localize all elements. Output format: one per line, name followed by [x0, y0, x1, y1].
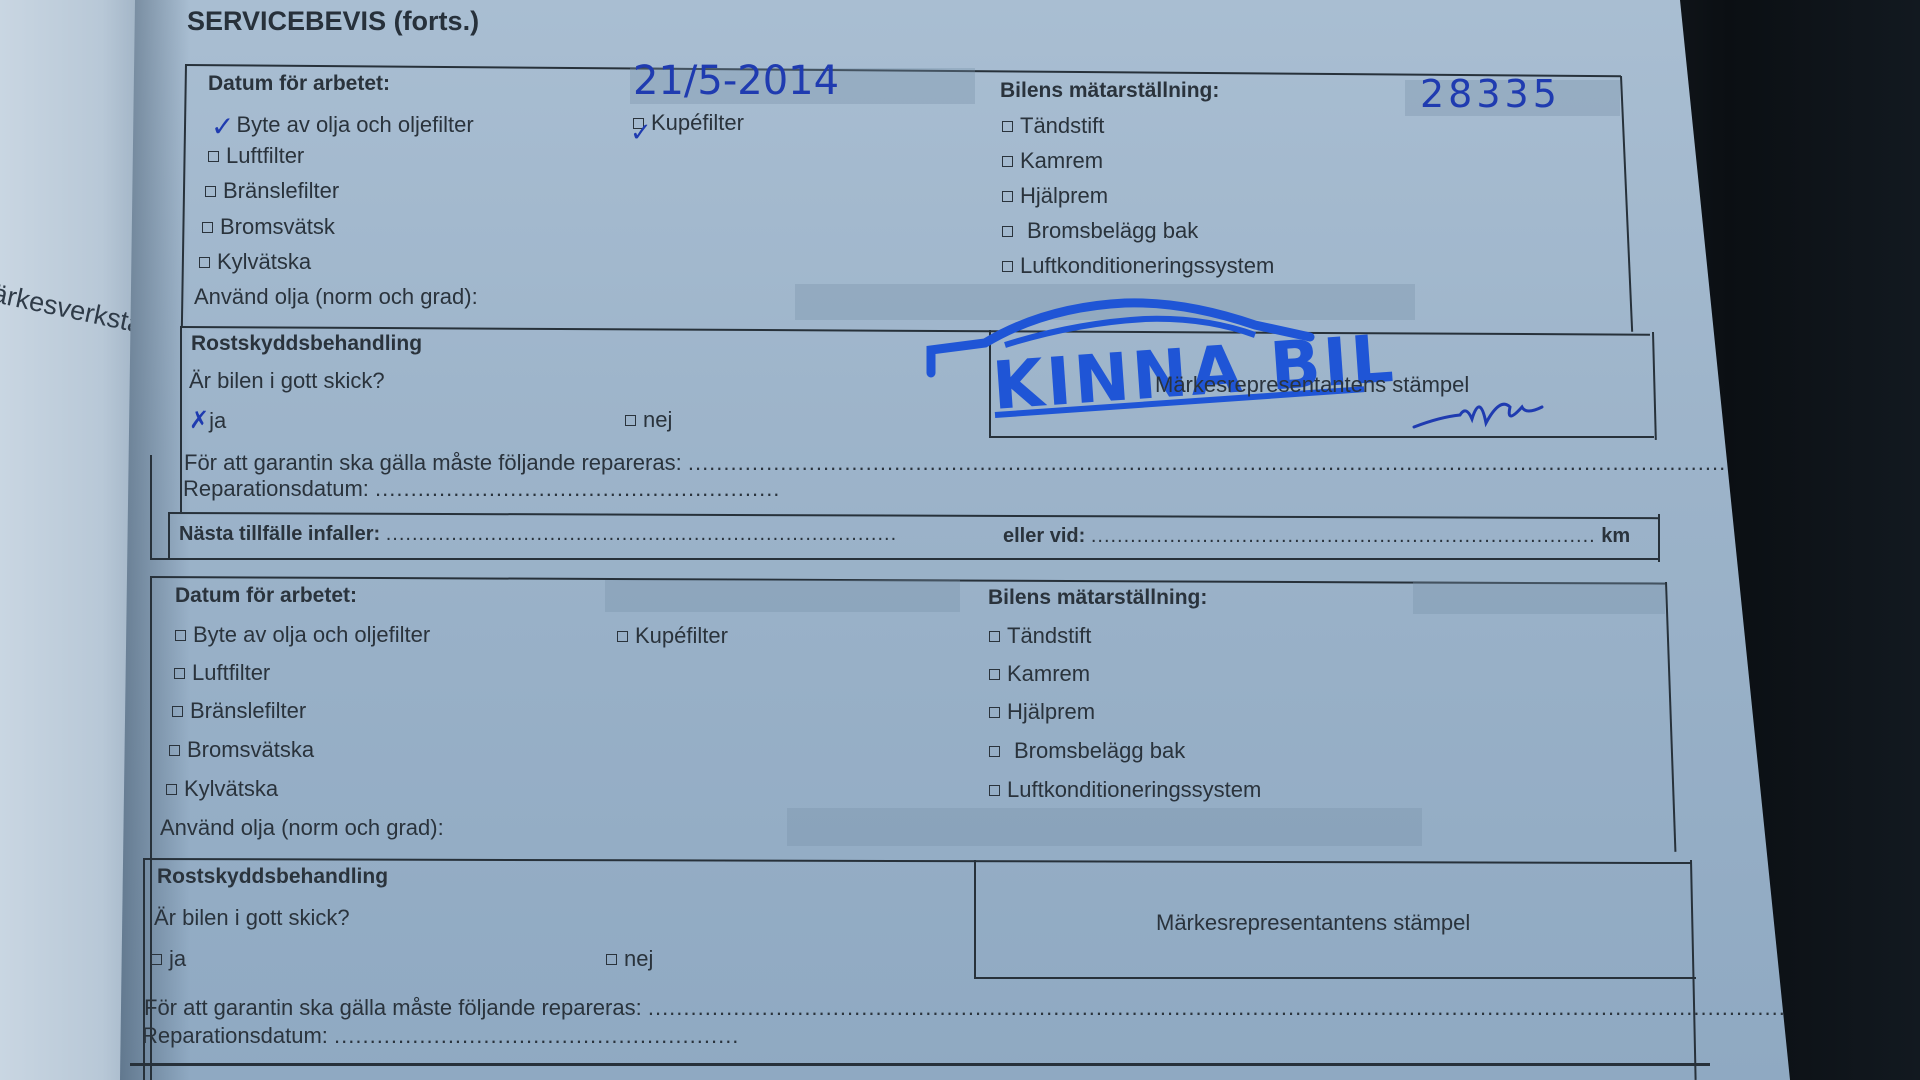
rust-question: Är bilen i gott skick? — [154, 905, 350, 931]
checklist-item[interactable]: ✓Byte av olja och oljefilter — [211, 106, 474, 139]
signature — [1410, 385, 1550, 435]
oil-label: Använd olja (norm och grad): — [194, 284, 478, 310]
checklist-item[interactable]: Kupéfilter — [617, 623, 728, 649]
rust-no-option[interactable]: nej — [625, 407, 672, 433]
checkbox[interactable] — [174, 668, 185, 679]
odometer-label: Bilens mätarställning: — [988, 586, 1207, 610]
checkbox[interactable] — [202, 222, 213, 233]
rust-yes-option[interactable]: ja — [151, 946, 186, 972]
next-service-label: Nästa tillfälle infaller: ..............… — [179, 523, 897, 546]
checklist-item[interactable]: Bromsvätska — [169, 737, 314, 763]
service-record-page: SERVICEBEVIS (forts.) Datum för arbetet:… — [0, 0, 1920, 1080]
checklist-item[interactable]: Tändstift — [1002, 113, 1104, 139]
checkbox[interactable] — [166, 784, 177, 795]
checkbox[interactable] — [989, 746, 1000, 757]
checkbox[interactable] — [625, 415, 636, 426]
checklist-item[interactable]: Bromsbelägg bak — [989, 738, 1185, 764]
next-service-km-label: eller vid: .............................… — [1003, 525, 1630, 548]
date-value-handwritten: 21/5-2014 — [633, 58, 839, 104]
checklist-item[interactable]: Luftkonditioneringssystem — [989, 777, 1261, 803]
checklist-item[interactable]: Luftfilter — [174, 660, 270, 686]
page-title: SERVICEBEVIS (forts.) — [187, 6, 479, 37]
checklist-item[interactable]: Hjälprem — [989, 699, 1095, 725]
checkbox[interactable] — [1002, 121, 1013, 132]
checkbox[interactable] — [989, 669, 1000, 680]
odometer-label: Bilens mätarställning: — [1000, 79, 1219, 103]
checklist-item[interactable]: Bromsbelägg bak — [1002, 218, 1198, 244]
checkmark-icon: ✓ — [211, 110, 234, 143]
checkbox[interactable] — [989, 707, 1000, 718]
rust-title: Rostskyddsbehandling — [157, 865, 388, 889]
warranty-label: För att garantin ska gälla måste följand… — [144, 995, 1786, 1021]
checklist-item[interactable]: Bränslefilter — [205, 178, 339, 204]
checklist-item[interactable]: Bränslefilter — [172, 698, 306, 724]
repair-date-label: Reparationsdatum: ......................… — [142, 1023, 739, 1049]
checklist-item[interactable]: Kylvätska — [199, 249, 311, 275]
rust-no-option[interactable]: nej — [606, 946, 653, 972]
checkbox[interactable] — [199, 257, 210, 268]
checklist-item[interactable]: Hjälprem — [1002, 183, 1108, 209]
checklist-item[interactable]: Kamrem — [989, 661, 1090, 687]
checkbox[interactable] — [1002, 156, 1013, 167]
stamp-label: Märkesrepresentantens stämpel — [1156, 910, 1470, 936]
left-page-text: ärkesverksta — [0, 278, 146, 340]
checkbox[interactable] — [208, 151, 219, 162]
oil-label: Använd olja (norm och grad): — [160, 815, 444, 841]
checkbox[interactable] — [175, 630, 186, 641]
repair-date-label: Reparationsdatum: ......................… — [183, 476, 780, 502]
checkmark-icon: ✓ — [630, 118, 652, 148]
checkbox[interactable] — [989, 631, 1000, 642]
warranty-label: För att garantin ska gälla måste följand… — [184, 450, 1812, 476]
checkbox[interactable] — [169, 745, 180, 756]
checkmark-icon: ✗ — [189, 406, 209, 434]
checkbox[interactable] — [1002, 191, 1013, 202]
checkbox[interactable] — [617, 631, 628, 642]
rust-question: Är bilen i gott skick? — [189, 368, 385, 394]
checkbox[interactable] — [1002, 226, 1013, 237]
checkbox[interactable] — [989, 785, 1000, 796]
checklist-item[interactable]: Tändstift — [989, 623, 1091, 649]
rust-yes-option[interactable]: ✗ja — [189, 406, 226, 434]
date-label: Datum för arbetet: — [175, 584, 357, 608]
checklist-item[interactable]: Luftfilter — [208, 143, 304, 169]
rust-title: Rostskyddsbehandling — [191, 332, 422, 356]
checklist-item[interactable]: Bromsvätsk — [202, 214, 335, 240]
date-label: Datum för arbetet: — [208, 72, 390, 96]
checklist-item[interactable]: Kamrem — [1002, 148, 1103, 174]
checkbox[interactable] — [606, 954, 617, 965]
odometer-value-handwritten: 28335 — [1420, 72, 1561, 116]
checklist-item[interactable]: Byte av olja och oljefilter — [175, 622, 430, 648]
checklist-item[interactable]: Kylvätska — [166, 776, 278, 802]
checkbox[interactable] — [151, 954, 162, 965]
checklist-item[interactable]: Luftkonditioneringssystem — [1002, 253, 1274, 279]
checkbox[interactable] — [172, 706, 183, 717]
checkbox[interactable] — [1002, 261, 1013, 272]
checkbox[interactable] — [205, 186, 216, 197]
